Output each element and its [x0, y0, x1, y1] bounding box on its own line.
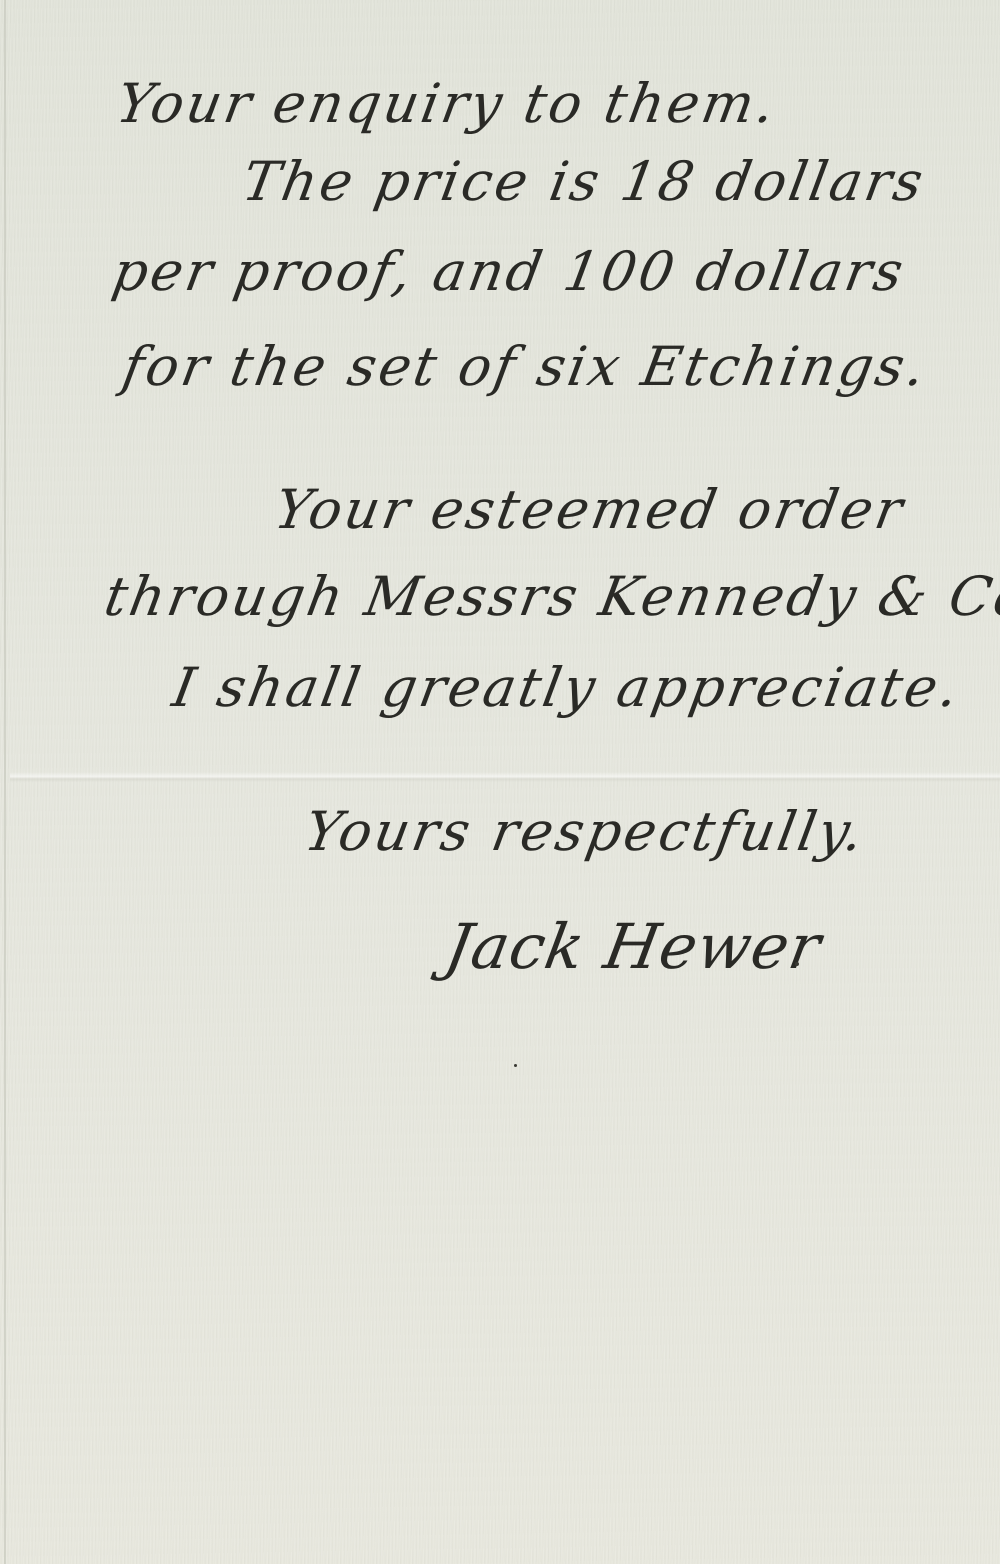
letter-line-6: through Messrs Kennedy & Co: [100, 565, 1000, 628]
signature-period: [795, 962, 799, 966]
letter-line-3: per proof, and 100 dollars: [108, 240, 911, 303]
letter-line-2: The price is 18 dollars: [238, 150, 930, 213]
signature: Jack Hewer: [440, 910, 827, 983]
letter-line-4: for the set of six Etchings.: [118, 335, 933, 398]
paper-edge: [4, 0, 6, 1564]
letter-line-1: Your enquiry to them.: [112, 72, 782, 135]
ink-speck: [514, 1064, 517, 1067]
letter-line-5: Your esteemed order: [270, 478, 910, 541]
letter-closing: Yours respectfully.: [300, 800, 871, 863]
paper-fold-crease: [10, 772, 1000, 782]
letter-line-7: I shall greatly appreciate.: [168, 656, 966, 719]
letter-page: Your enquiry to them. The price is 18 do…: [0, 0, 1000, 1564]
